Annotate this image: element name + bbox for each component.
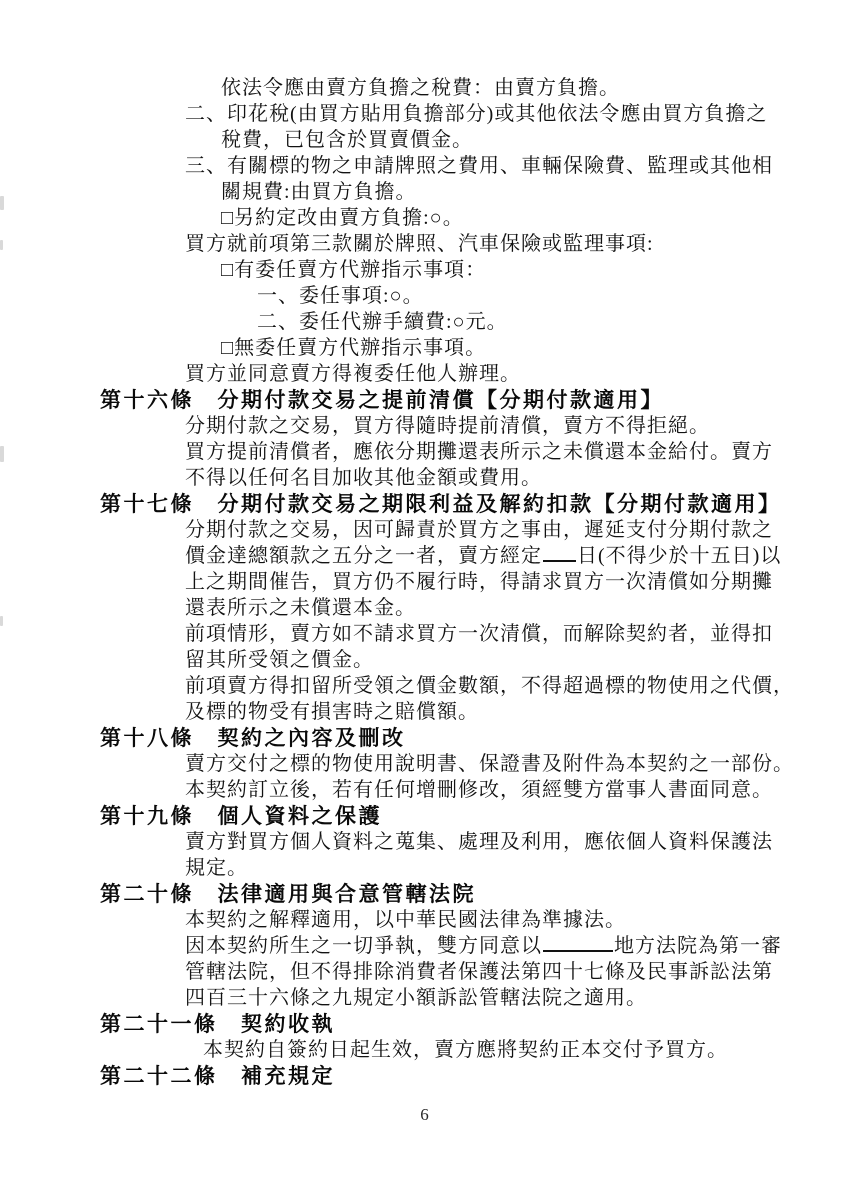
paragraph-line: 二、委任代辦手續費:○元。 — [100, 309, 780, 335]
fill-in-blank — [543, 543, 576, 562]
paragraph-text: 另約定改由賣方負擔:○。 — [234, 207, 464, 229]
paragraph-line: 買方就前項第三款關於牌照、汽車保險或監理事項: — [100, 231, 780, 257]
paragraph-text: 地方法院為第一審 — [614, 935, 782, 957]
paragraph-line: 留其所受領之價金。 — [100, 647, 780, 673]
contract-page: 依法令應由賣方負擔之稅費：由賣方負擔。二、印花稅(由買方貼用負擔部分)或其他依法… — [0, 0, 849, 1200]
paragraph-line: 本契約訂立後，若有任何增刪修改，須經雙方當事人書面同意。 — [100, 777, 780, 803]
paragraph-line: 賣方對買方個人資料之蒐集、處理及利用，應依個人資料保護法 — [100, 829, 780, 855]
paragraph-line: 四百三十六條之九規定小額訴訟管轄法院之適用。 — [100, 985, 780, 1011]
paragraph-line: □另約定改由賣方負擔:○。 — [100, 205, 780, 231]
article-heading: 第十六條 分期付款交易之提前清償【分期付款適用】 — [100, 387, 780, 413]
article-heading: 第十七條 分期付款交易之期限利益及解約扣款【分期付款適用】 — [100, 491, 780, 517]
contract-text: 依法令應由賣方負擔之稅費：由賣方負擔。二、印花稅(由買方貼用負擔部分)或其他依法… — [100, 75, 780, 1089]
paragraph-line: 關規費:由買方負擔。 — [100, 179, 780, 205]
paragraph-line: 依法令應由賣方負擔之稅費：由賣方負擔。 — [100, 75, 780, 101]
paragraph-line: 價金達總額款之五分之一者，賣方經定日(不得少於十五日)以 — [100, 543, 780, 569]
paragraph-line: 還表所示之未償還本金。 — [100, 595, 780, 621]
paragraph-text: 有委任賣方代辦指示事項： — [234, 259, 486, 281]
article-heading: 第二十條 法律適用與合意管轄法院 — [100, 881, 780, 907]
checkbox-icon: □ — [221, 259, 234, 281]
article-heading: 第十九條 個人資料之保護 — [100, 803, 780, 829]
paragraph-text: 日(不得少於十五日)以 — [577, 545, 781, 567]
paragraph-line: 及標的物受有損害時之賠償額。 — [100, 699, 780, 725]
paragraph-line: 三、有關標的物之申請牌照之費用、車輛保險費、監理或其他相 — [100, 153, 780, 179]
paragraph-line: 買方提前清償者，應依分期攤還表所示之未償還本金給付。賣方 — [100, 439, 780, 465]
paragraph-line: 一、委任事項:○。 — [100, 283, 780, 309]
paragraph-text: 無委任賣方代辦指示事項。 — [234, 337, 486, 359]
paragraph-line: 規定。 — [100, 855, 780, 881]
paragraph-line: 買方並同意賣方得複委任他人辦理。 — [100, 361, 780, 387]
scan-artifact — [0, 240, 3, 250]
article-heading: 第十八條 契約之內容及刪改 — [100, 725, 780, 751]
article-heading: 第二十一條 契約收執 — [100, 1011, 780, 1037]
paragraph-line: 二、印花稅(由買方貼用負擔部分)或其他依法令應由買方負擔之 — [100, 101, 780, 127]
paragraph-text: 價金達總額款之五分之一者，賣方經定 — [185, 545, 542, 567]
paragraph-line: 上之期間催告，買方仍不履行時，得請求買方一次清償如分期攤 — [100, 569, 780, 595]
paragraph-text: 因本契約所生之一切爭執，雙方同意以 — [185, 935, 542, 957]
page-number: 6 — [0, 1104, 849, 1126]
scan-artifact — [0, 446, 4, 462]
paragraph-line: 賣方交付之標的物使用說明書、保證書及附件為本契約之一部份。 — [100, 751, 780, 777]
paragraph-line: □無委任賣方代辦指示事項。 — [100, 335, 780, 361]
scan-artifact — [0, 196, 4, 210]
scan-artifact — [0, 616, 3, 626]
checkbox-icon: □ — [221, 337, 234, 359]
paragraph-line: 本契約自簽約日起生效，賣方應將契約正本交付予買方。 — [100, 1037, 780, 1063]
paragraph-line: 分期付款之交易，因可歸責於買方之事由，遲延支付分期付款之 — [100, 517, 780, 543]
article-heading: 第二十二條 補充規定 — [100, 1063, 780, 1089]
paragraph-line: 不得以任何名目加收其他金額或費用。 — [100, 465, 780, 491]
paragraph-line: 前項情形，賣方如不請求買方一次清償，而解除契約者，並得扣 — [100, 621, 780, 647]
paragraph-line: 本契約之解釋適用，以中華民國法律為準據法。 — [100, 907, 780, 933]
paragraph-line: 分期付款之交易，買方得隨時提前清償，賣方不得拒絕。 — [100, 413, 780, 439]
paragraph-line: □有委任賣方代辦指示事項： — [100, 257, 780, 283]
paragraph-line: 前項賣方得扣留所受領之價金數額，不得超過標的物使用之代價， — [100, 673, 780, 699]
paragraph-line: 稅費，已包含於買賣價金。 — [100, 127, 780, 153]
paragraph-line: 因本契約所生之一切爭執，雙方同意以地方法院為第一審 — [100, 933, 780, 959]
fill-in-blank — [543, 933, 613, 952]
paragraph-line: 管轄法院，但不得排除消費者保護法第四十七條及民事訴訟法第 — [100, 959, 780, 985]
checkbox-icon: □ — [221, 207, 234, 229]
